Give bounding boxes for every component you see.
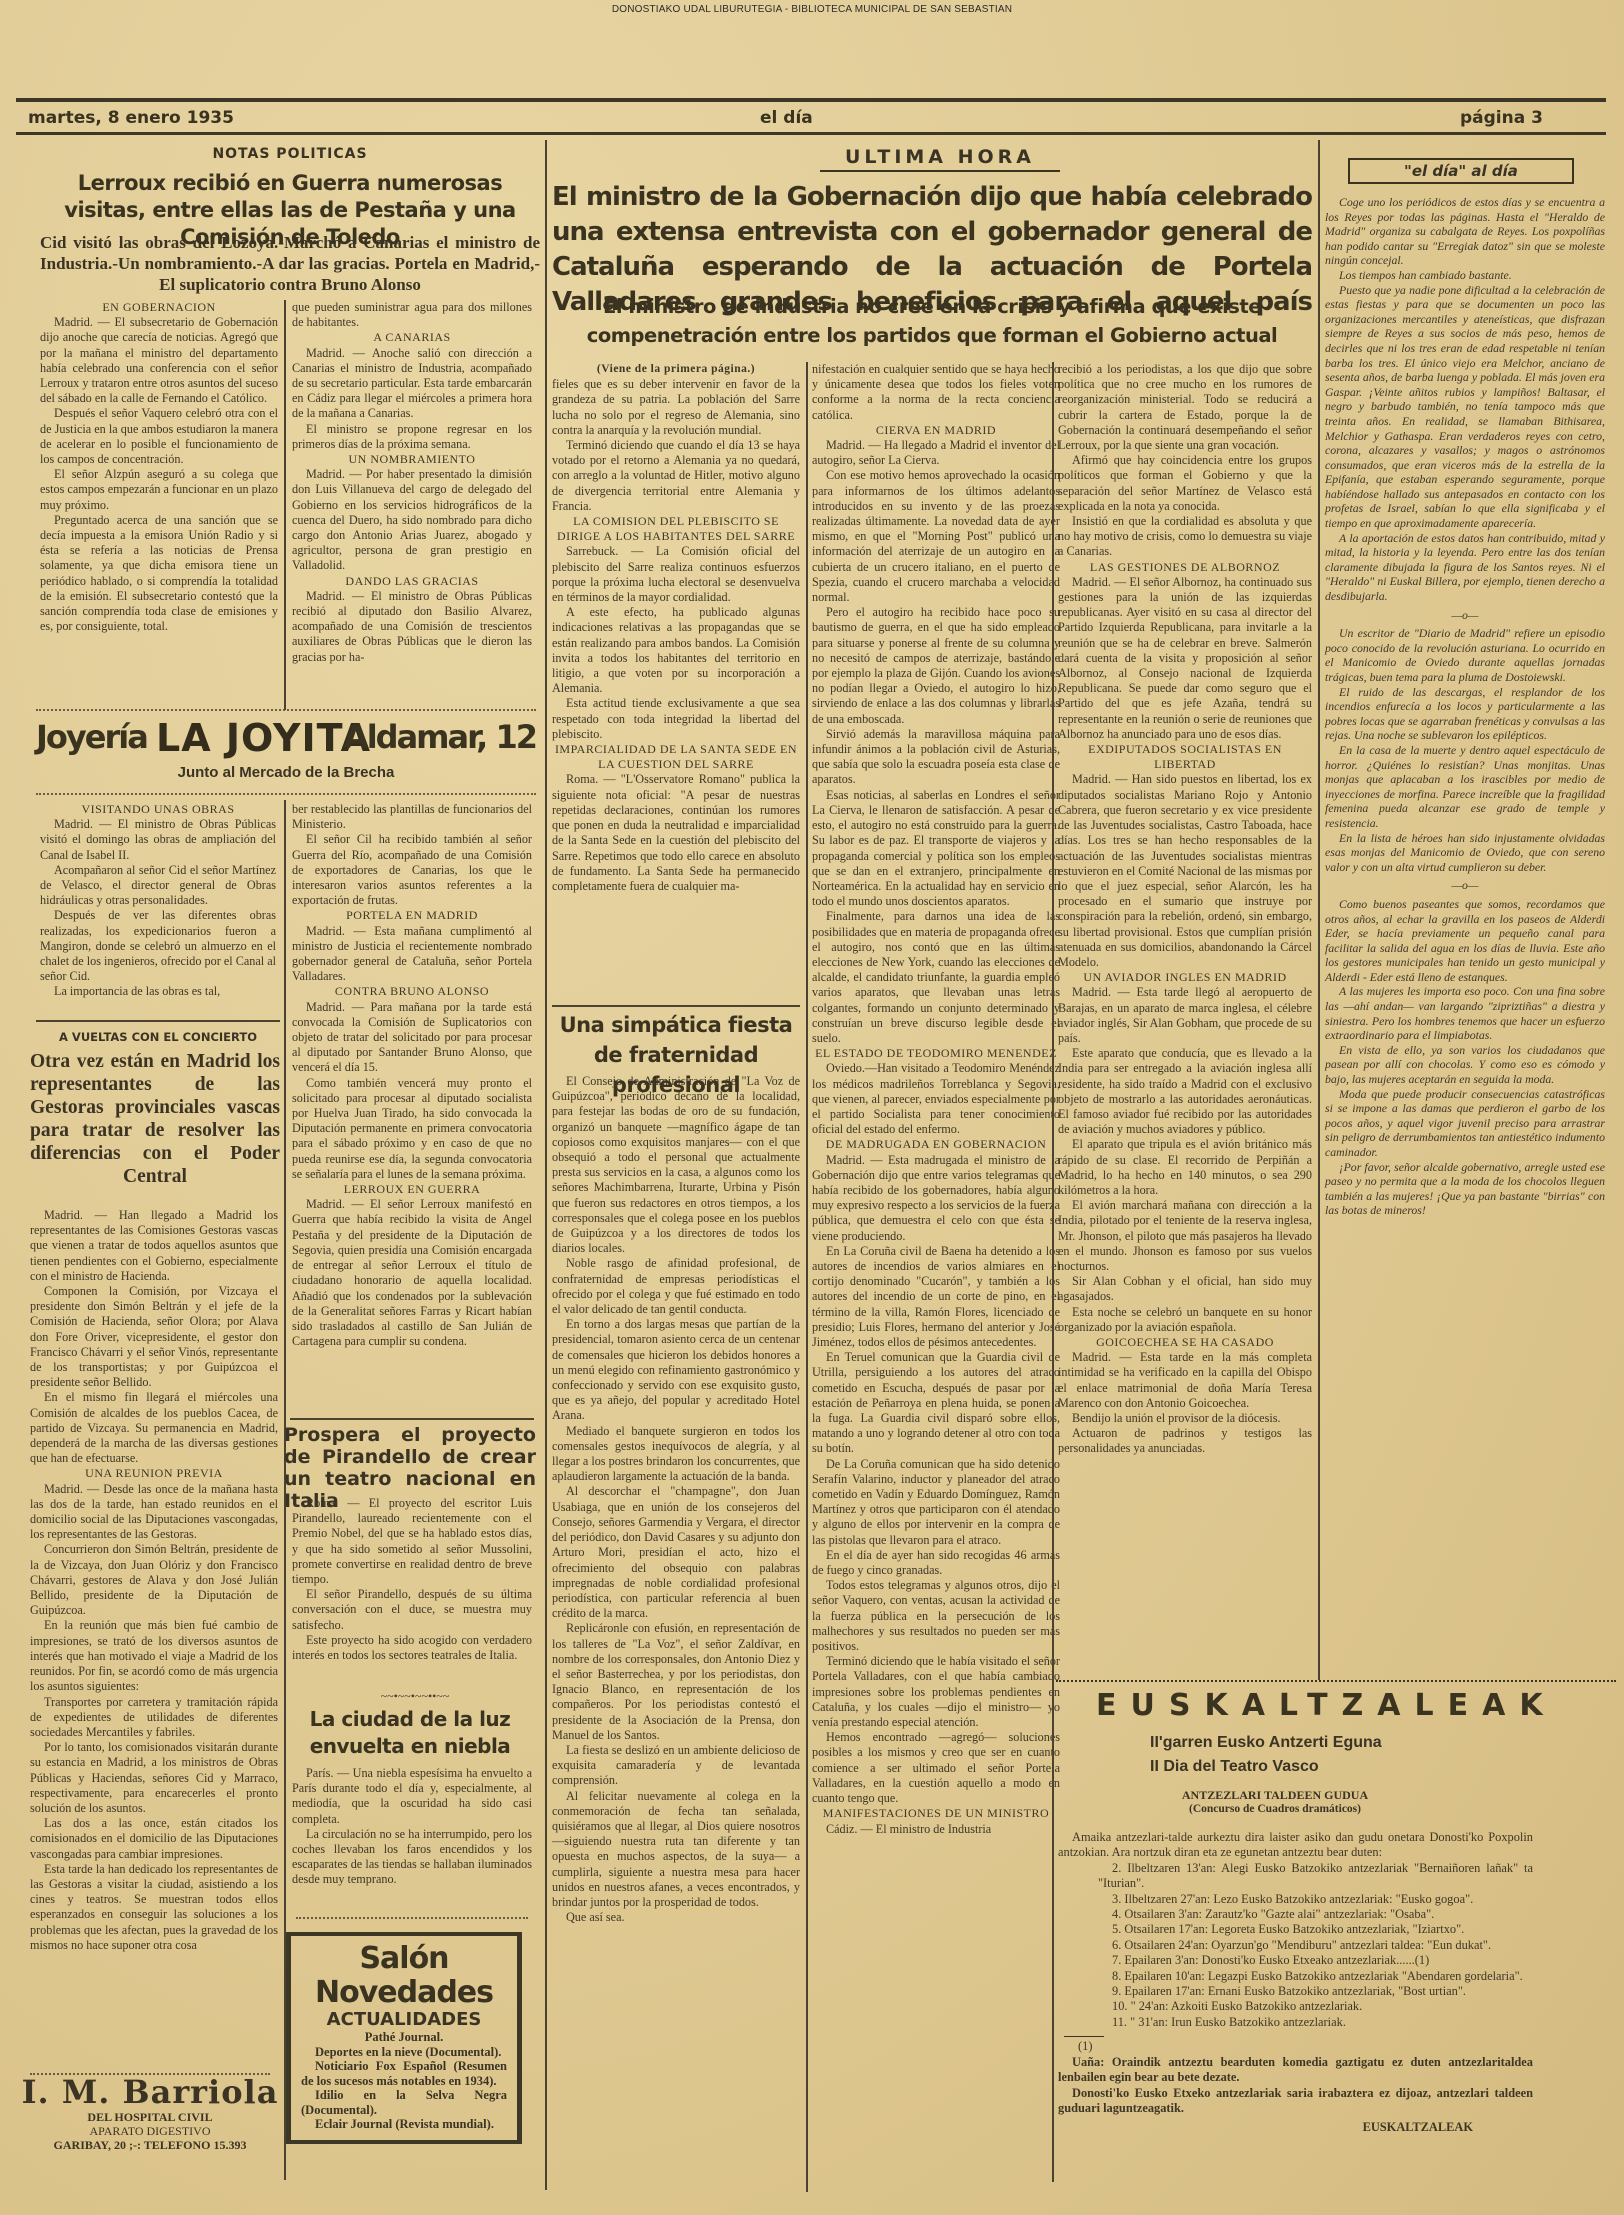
- continued-from-note: (Viene de la primera página.): [552, 362, 800, 377]
- paragraph: Puesto que ya nadie pone dificultad a la…: [1325, 283, 1605, 531]
- paragraph: Terminó diciendo que cuando el día 13 se…: [552, 438, 800, 514]
- paragraph: ¡Por favor, señor alcalde gobernativo, a…: [1325, 1160, 1605, 1218]
- masthead-page-number: página 3: [1460, 108, 1543, 128]
- paragraph: Insistió en que la cordialidad es absolu…: [1058, 514, 1312, 560]
- ad-salon-item: Eclair Journal (Revista mundial).: [301, 2117, 507, 2132]
- euskaltzaleak-sub2: II Dia del Teatro Vasco: [1150, 1758, 1319, 1776]
- paragraph: En el día de ayer han sido recogidas 46 …: [812, 1548, 1060, 1578]
- el-dia-al-dia-column: Coge uno los periódicos de estos días y …: [1325, 195, 1605, 1218]
- masthead-paper-name: el día: [760, 108, 813, 128]
- masthead-date: martes, 8 enero 1935: [28, 108, 234, 128]
- paragraph: El Consejo de Administración de "La Voz …: [552, 1074, 800, 1256]
- euskaltzaleak-body: Amaika antzezlari-talde aurkeztu dira la…: [1058, 1830, 1533, 2136]
- paragraph: Noble rasgo de afinidad profesional, de …: [552, 1256, 800, 1317]
- contest-list-item: 8. Epailaren 10'an: Legazpi Eusko Batzok…: [1058, 1969, 1533, 1984]
- contest-list-item: 7. Epailaren 3'an: Donosti'ko Eusko Etxe…: [1058, 1953, 1533, 1968]
- ad-barriola-line3: GARIBAY, 20 ;-: TELEFONO 15.393: [20, 2138, 280, 2152]
- contest-list-item: 3. Ilbeltzaren 27'an: Lezo Eusko Batzoki…: [1058, 1892, 1533, 1907]
- ornamental-rule: [36, 704, 536, 711]
- separator: —o—: [1325, 878, 1605, 893]
- paragraph: Sirvió además la maravillosa máquina par…: [812, 727, 1060, 788]
- paragraph: A este efecto, ha publicado algunas indi…: [552, 605, 800, 696]
- euskaltzaleak-signature: EUSKALTZALEAK: [1058, 2120, 1533, 2135]
- ad-joyita-address: Aldamar, 12: [344, 718, 536, 756]
- paragraph: El aparato que tripula es el avión britá…: [1058, 1137, 1312, 1198]
- euskaltzaleak-sub3: ANTZEZLARI TALDEEN GUDUA: [1150, 1788, 1400, 1803]
- column-divider: [1318, 140, 1320, 1680]
- col3-article-sarre: (Viene de la primera página.) fieles que…: [552, 362, 800, 894]
- paragraph: Amaika antzezlari-talde aurkeztu dira la…: [1058, 1830, 1533, 1861]
- notas-politicas-kicker: NOTAS POLITICAS: [40, 146, 540, 162]
- subhead-un-nombramiento: UN NOMBRAMIENTO: [292, 452, 532, 467]
- subhead-aviador-ingles: UN AVIADOR INGLES EN MADRID: [1058, 970, 1312, 985]
- paragraph: Todos estos telegramas y algunos otros, …: [812, 1578, 1060, 1654]
- ad-salon-novedades: Salón Novedades ACTUALIDADES Pathé Journ…: [286, 1932, 522, 2144]
- subhead-teodomiro-menendez: EL ESTADO DE TEODOMIRO MENENDEZ: [812, 1046, 1060, 1061]
- paragraph: Esta actitud tiende exclusivamente a que…: [552, 696, 800, 742]
- el-dia-al-dia-title: "el día" al día: [1348, 158, 1574, 184]
- paragraph: La fiesta se deslizó en un ambiente deli…: [552, 1743, 800, 1789]
- contest-list-item: 6. Otsailaren 24'an: Oyarzun'go "Mendibu…: [1058, 1938, 1533, 1953]
- paragraph: Madrid. — Esta tarde llegó al aeropuerto…: [1058, 985, 1312, 1046]
- paragraph: Que así sea.: [552, 1910, 800, 1925]
- paragraph: París. — Una niebla espesísima ha envuel…: [292, 1766, 532, 1827]
- contest-list-item: 4. Otsailaren 3'an: Zarautz'ko "Gazte al…: [1058, 1907, 1533, 1922]
- ad-joyita-tagline: Junto al Mercado de la Brecha: [36, 764, 536, 781]
- separator: —o—: [1325, 608, 1605, 623]
- paragraph: Madrid. — Por haber presentado la dimisi…: [292, 467, 532, 573]
- paragraph: Como también vencerá muy pronto el solic…: [292, 1076, 532, 1182]
- paris-headline: La ciudad de la luz envuelta en niebla: [284, 1706, 536, 1760]
- paragraph: que pueden suministrar agua para dos mil…: [292, 300, 532, 330]
- subhead-madrugada-gobernacion: DE MADRUGADA EN GOBERNACION: [812, 1137, 1060, 1152]
- section-rule: [290, 1418, 534, 1420]
- paragraph: El ruido de las descargas, el resplandor…: [1325, 685, 1605, 743]
- paragraph: Madrid. — Esta tarde en la más completa …: [1058, 1350, 1312, 1411]
- masthead-top-rule: [16, 98, 1606, 102]
- concierto-kicker: A VUELTAS CON EL CONCIERTO: [36, 1030, 280, 1044]
- col2-article-portela: ber restablecido las plantillas de funci…: [292, 802, 532, 1349]
- paragraph: ber restablecido las plantillas de funci…: [292, 802, 532, 832]
- contest-list-item: 5. Otsailaren 17'an: Legoreta Eusko Batz…: [1058, 1922, 1533, 1937]
- section-rule: [36, 1020, 280, 1022]
- paragraph: Oviedo.—Han visitado a Teodomiro Menénde…: [812, 1061, 1060, 1137]
- paragraph: Replicáronle con efusión, en representac…: [552, 1621, 800, 1743]
- ad-barriola-line1: DEL HOSPITAL CIVIL: [20, 2110, 280, 2124]
- paragraph: Después el señor Vaquero celebró otra co…: [40, 406, 278, 467]
- ornamental-rule: [36, 788, 536, 795]
- ornament-divider: ~~•~~•~~••~~: [300, 1689, 530, 1704]
- paragraph: Esta noche se celebró un banquete en su …: [1058, 1305, 1312, 1335]
- paragraph: Actuaron de padrinos y testigos las pers…: [1058, 1426, 1312, 1456]
- col5-article-albornoz: recibió a los periodistas, a los que dij…: [1058, 362, 1312, 1457]
- paragraph: Moda que puede producir consecuencias ca…: [1325, 1087, 1605, 1160]
- paragraph: En el mismo fin llegará el miércoles una…: [30, 1390, 278, 1466]
- subhead-goicoechea-casado: GOICOECHEA SE HA CASADO: [1058, 1335, 1312, 1350]
- col1-article-concierto: Madrid. — Han llegado a Madrid los repre…: [30, 1208, 278, 1953]
- ad-barriola-name: I. M. Barriola: [20, 2074, 280, 2110]
- paragraph: Madrid. — Han sido puestos en libertad, …: [1058, 772, 1312, 970]
- euskaltzaleak-sub1: II'garren Eusko Antzerti Eguna: [1150, 1734, 1382, 1752]
- subhead-dando-las-gracias: DANDO LAS GRACIAS: [292, 574, 532, 589]
- col2-article-canarias: que pueden suministrar agua para dos mil…: [292, 300, 532, 665]
- paragraph: Bendijo la unión el provisor de la dióce…: [1058, 1411, 1312, 1426]
- paragraph: Por lo tanto, los comisionados visitarán…: [30, 1740, 278, 1816]
- paragraph: Al felicitar nuevamente al colega en la …: [552, 1789, 800, 1911]
- paragraph: Madrid. — El ministro de Obras Públicas …: [40, 817, 276, 863]
- paragraph: Madrid. — Esta madrugada el ministro de …: [812, 1153, 1060, 1244]
- ad-barriola: I. M. Barriola DEL HOSPITAL CIVIL APARAT…: [20, 2074, 280, 2152]
- col4-article-cierva: nifestación en cualquier sentido que se …: [812, 362, 1060, 1837]
- paragraph: Con ese motivo hemos aprovechado la ocas…: [812, 468, 1060, 605]
- ultima-hora-deck: El ministro de industria no cree en la c…: [552, 292, 1312, 350]
- column-divider: [284, 300, 286, 710]
- paragraph: Roma. — El proyecto del escritor Luis Pi…: [292, 1496, 532, 1587]
- box-border-left: [1052, 1682, 1054, 2182]
- concierto-headline: Otra vez están en Madrid los representan…: [30, 1050, 280, 1188]
- paragraph: En vista de ello, ya son varios los ciud…: [1325, 1043, 1605, 1087]
- subhead-a-canarias: A CANARIAS: [292, 330, 532, 345]
- paragraph: Los tiempos han cambiado bastante.: [1325, 268, 1605, 283]
- subhead-santa-sede: IMPARCIALIDAD DE LA SANTA SEDE EN LA CUE…: [552, 742, 800, 772]
- ad-barriola-line2: APARATO DIGESTIVO: [20, 2124, 280, 2138]
- paragraph: Preguntado acerca de una sanción que se …: [40, 513, 278, 635]
- paragraph: Coge uno los periódicos de estos días y …: [1325, 195, 1605, 268]
- subhead-lerroux-en-guerra: LERROUX EN GUERRA: [292, 1182, 532, 1197]
- subhead-cierva-en-madrid: CIERVA EN MADRID: [812, 423, 1060, 438]
- paragraph: Transportes por carretera y tramitación …: [30, 1695, 278, 1741]
- ultima-hora-kicker: ULTIMA HORA: [820, 146, 1060, 172]
- paragraph: Después de ver las diferentes obras real…: [40, 908, 276, 984]
- paragraph: En la lista de héroes han sido injustame…: [1325, 831, 1605, 875]
- paragraph: Finalmente, para darnos una idea de las …: [812, 909, 1060, 1046]
- col3-article-fiesta: El Consejo de Administración de "La Voz …: [552, 1074, 800, 1925]
- subhead-contra-bruno-alonso: CONTRA BRUNO ALONSO: [292, 984, 532, 999]
- ad-joyita-left: Joyería: [36, 718, 147, 756]
- subhead-en-gobernacion: EN GOBERNACION: [40, 300, 278, 315]
- ad-salon-item: Idilio en la Selva Negra (Documental).: [301, 2088, 507, 2117]
- ad-joyita-name: LA JOYITA: [156, 716, 371, 760]
- paragraph: Mediado el banquete surgieron en todos l…: [552, 1424, 800, 1485]
- subhead-portela-en-madrid: PORTELA EN MADRID: [292, 908, 532, 923]
- euskaltzaleak-title: EUSKALTZALEAK: [1096, 1688, 1557, 1723]
- contest-list-item: 11. " 31'an: Irun Eusko Batzokiko antzez…: [1058, 2015, 1533, 2030]
- paragraph: Roma. — "L'Osservatore Romano" publica l…: [552, 772, 800, 894]
- ad-salon-item: Noticiario Fox Español (Resumen de los s…: [301, 2059, 507, 2088]
- paragraph: El señor Alzpún aseguró a su colega que …: [40, 467, 278, 513]
- paragraph: Madrid. — Esta mañana cumplimentó al min…: [292, 924, 532, 985]
- paragraph: En la casa de la muerte y dentro aquel e…: [1325, 743, 1605, 831]
- column-divider: [806, 362, 808, 2192]
- paragraph: Cádiz. — El ministro de Industria: [812, 1822, 1060, 1837]
- col2-article-pirandello: Roma. — El proyecto del escritor Luis Pi…: [292, 1496, 532, 1663]
- footnote-mark: (1): [1058, 2039, 1533, 2054]
- paragraph: En la reunión que más bien fué cambio de…: [30, 1618, 278, 1694]
- paragraph: Las dos a las once, están citados los co…: [30, 1816, 278, 1862]
- paragraph: Hemos encontrado —agregó— soluciones pos…: [812, 1730, 1060, 1806]
- paragraph: Madrid. — Desde las once de la mañana ha…: [30, 1482, 278, 1543]
- paragraph: Afirmó que hay coincidencia entre los gr…: [1058, 453, 1312, 514]
- paragraph: Madrid. — Ha llegado a Madrid el invento…: [812, 438, 1060, 468]
- lerroux-deck: Cid visitó las obras del Lozoya.-Marchó …: [40, 232, 540, 295]
- subhead-una-reunion-previa: UNA REUNION PREVIA: [30, 1466, 278, 1481]
- paragraph: Como buenos paseantes que somos, recorda…: [1325, 897, 1605, 985]
- paragraph: fieles que es su deber intervenir en fav…: [552, 377, 800, 438]
- library-credit: DONOSTIAKO UDAL LIBURUTEGIA - BIBLIOTECA…: [0, 4, 1624, 15]
- paragraph: Esas noticias, al saberlas en Londres el…: [812, 788, 1060, 910]
- paragraph: Madrid. — El señor Lerroux manifestó en …: [292, 1197, 532, 1349]
- paragraph: Un escritor de "Diario de Madrid" refier…: [1325, 626, 1605, 684]
- ad-salon-subtitle: ACTUALIDADES: [301, 2010, 507, 2030]
- paragraph: El ministro se propone regresar en los p…: [292, 422, 532, 452]
- ad-la-joyita: Joyería LA JOYITA Aldamar, 12 Junto al M…: [36, 716, 536, 786]
- paragraph: Madrid. — El ministro de Obras Públicas …: [292, 589, 532, 665]
- paragraph: A la aportación de estos datos han contr…: [1325, 531, 1605, 604]
- col2-article-paris: París. — Una niebla espesísima ha envuel…: [292, 1766, 532, 1888]
- paragraph: Este aparato que conducía, que es llevad…: [1058, 1046, 1312, 1137]
- paragraph: Madrid. — Para mañana por la tarde está …: [292, 1000, 532, 1076]
- contest-list-item: 9. Epailaren 17'an: Ernani Eusko Batzoki…: [1058, 1984, 1533, 1999]
- contest-list-item: 2. Ilbeltzaren 13'an: Alegi Eusko Batzok…: [1058, 1861, 1533, 1892]
- section-rule: [1056, 1680, 1616, 1684]
- paragraph: Terminó diciendo que le había visitado e…: [812, 1654, 1060, 1730]
- column-divider: [545, 140, 547, 2190]
- euskaltzaleak-sub4: (Concurso de Cuadros dramáticos): [1150, 1803, 1400, 1815]
- paragraph: A las mujeres les importa eso poco. Con …: [1325, 984, 1605, 1042]
- paragraph: Al descorchar el "champagne", don Juan U…: [552, 1484, 800, 1621]
- masthead-bottom-rule: [16, 132, 1606, 135]
- paragraph: Madrid. — Anoche salió con dirección a C…: [292, 346, 532, 422]
- paragraph: La circulación no se ha interrumpido, pe…: [292, 1827, 532, 1888]
- ornamental-rule: [296, 1912, 528, 1919]
- paragraph: La importancia de las obras es tal,: [40, 984, 276, 999]
- paragraph: Este proyecto ha sido acogido con verdad…: [292, 1633, 532, 1663]
- paragraph: Esta tarde la han dedicado los represent…: [30, 1862, 278, 1953]
- footnote-rule: [1064, 2036, 1104, 2037]
- paragraph: En La Coruña civil de Baena ha detenido …: [812, 1244, 1060, 1350]
- paragraph: El avión marchará mañana con dirección a…: [1058, 1198, 1312, 1274]
- paragraph: El señor Pirandello, después de su últim…: [292, 1587, 532, 1633]
- paragraph: Sir Alan Cobhan y el oficial, han sido m…: [1058, 1274, 1312, 1304]
- ad-salon-item: Deportes en la nieve (Documental).: [301, 2045, 507, 2060]
- paragraph: recibió a los periodistas, a los que dij…: [1058, 362, 1312, 453]
- col1-article-gobernacion: EN GOBERNACION Madrid. — El subsecretari…: [40, 300, 278, 634]
- subhead-visitando-unas-obras: VISITANDO UNAS OBRAS: [40, 802, 276, 817]
- subhead-manifestaciones-ministro: MANIFESTACIONES DE UN MINISTRO: [812, 1806, 1060, 1821]
- paragraph: Componen la Comisión, por Vizcaya el pre…: [30, 1284, 278, 1390]
- subhead-gestiones-albornoz: LAS GESTIONES DE ALBORNOZ: [1058, 560, 1312, 575]
- paragraph: El señor Cil ha recibido también al seño…: [292, 832, 532, 908]
- ad-salon-item: Pathé Journal.: [301, 2030, 507, 2045]
- column-divider: [1052, 362, 1054, 1688]
- paragraph: Concurrieron don Simón Beltrán, presiden…: [30, 1542, 278, 1618]
- paragraph: En torno a dos largas mesas que partían …: [552, 1317, 800, 1423]
- paragraph: nifestación en cualquier sentido que se …: [812, 362, 1060, 423]
- subhead-exdiputados-socialistas: EXDIPUTADOS SOCIALISTAS EN LIBERTAD: [1058, 742, 1312, 772]
- paragraph: Sarrebuck. — La Comisión oficial del ple…: [552, 544, 800, 605]
- ad-salon-title: Salón Novedades: [301, 1942, 507, 2010]
- paragraph: Madrid. — El subsecretario de Gobernació…: [40, 315, 278, 406]
- subhead-comision-plebiscito: LA COMISION DEL PLEBISCITO SE DIRIGE A L…: [552, 514, 800, 544]
- paragraph: Madrid. — El señor Albornoz, ha continua…: [1058, 575, 1312, 742]
- paragraph: En Teruel comunican que la Guardia civil…: [812, 1350, 1060, 1456]
- paragraph: Madrid. — Han llegado a Madrid los repre…: [30, 1208, 278, 1284]
- footnote-note1: Uaña: Oraindik antzeztu bearduten komedi…: [1058, 2055, 1533, 2086]
- paragraph: De La Coruña comunican que ha sido deten…: [812, 1457, 1060, 1548]
- paragraph: Acompañaron al señor Cid el señor Martín…: [40, 863, 276, 909]
- col1-article-visitando: VISITANDO UNAS OBRAS Madrid. — El minist…: [40, 802, 276, 1000]
- contest-list-item: 10. " 24'an: Azkoiti Eusko Batzokiko ant…: [1058, 1999, 1533, 2014]
- section-rule: [552, 1005, 800, 1007]
- paragraph: Pero el autogiro ha recibido hace poco s…: [812, 605, 1060, 727]
- footnote-note2: Donosti'ko Eusko Etxeko antzezlariak sar…: [1058, 2086, 1533, 2117]
